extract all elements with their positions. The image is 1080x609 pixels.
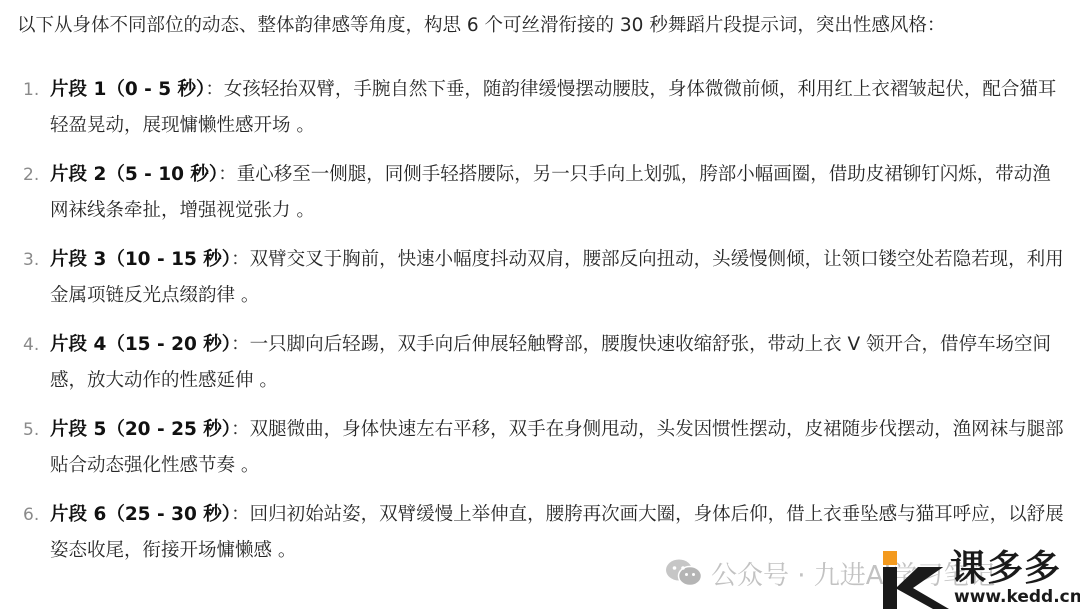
segment-separator: ： [231, 419, 250, 440]
list-number: 4. [23, 327, 39, 363]
k-logo-icon [883, 567, 949, 609]
list-number: 1. [23, 72, 39, 108]
logo-url: www.kedd.cn [954, 587, 1080, 607]
list-item: 3. 片段 3（10 - 15 秒）：双臂交叉于胸前，快速小幅度抖动双肩，腰部反… [17, 242, 1067, 314]
list-item: 2. 片段 2（5 - 10 秒）：重心移至一侧腿，同侧手轻搭腰际，另一只手向上… [17, 157, 1067, 229]
segment-title: 片段 2（5 - 10 秒） [50, 164, 218, 185]
segment-title: 片段 4（15 - 20 秒） [50, 334, 231, 355]
segment-separator: ： [231, 249, 250, 270]
segment-title: 片段 5（20 - 25 秒） [50, 419, 231, 440]
list-number: 3. [23, 242, 39, 278]
list-item: 4. 片段 4（15 - 20 秒）：一只脚向后轻踢，双手向后伸展轻触臀部，腰腹… [17, 327, 1067, 399]
list-number: 2. [23, 157, 39, 193]
logo-accent-square [883, 551, 897, 565]
segment-separator: ： [218, 164, 237, 185]
list-number: 5. [23, 412, 39, 448]
segment-title: 片段 6（25 - 30 秒） [50, 504, 231, 525]
list-item: 5. 片段 5（20 - 25 秒）：双腿微曲，身体快速左右平移，双手在身侧甩动… [17, 412, 1067, 484]
list-number: 6. [23, 497, 39, 533]
logo-brand: 课多多 [950, 549, 1061, 589]
segment-title: 片段 3（10 - 15 秒） [50, 249, 231, 270]
segment-title: 片段 1（0 - 5 秒） [50, 79, 205, 100]
segment-separator: ： [231, 504, 250, 525]
intro-paragraph: 以下从身体不同部位的动态、整体韵律感等角度，构思 6 个可丝滑衔接的 30 秒舞… [17, 8, 1067, 44]
list-item: 1. 片段 1（0 - 5 秒）：女孩轻抬双臂，手腕自然下垂，随韵律缓慢摆动腰肢… [17, 72, 1067, 144]
segment-list: 1. 片段 1（0 - 5 秒）：女孩轻抬双臂，手腕自然下垂，随韵律缓慢摆动腰肢… [17, 72, 1067, 569]
wechat-icon [665, 558, 703, 588]
segment-separator: ： [205, 79, 224, 100]
segment-separator: ： [231, 334, 250, 355]
document-body: 以下从身体不同部位的动态、整体韵律感等角度，构思 6 个可丝滑衔接的 30 秒舞… [17, 8, 1067, 582]
kedd-logo: 课多多 www.kedd.cn [880, 547, 1080, 609]
